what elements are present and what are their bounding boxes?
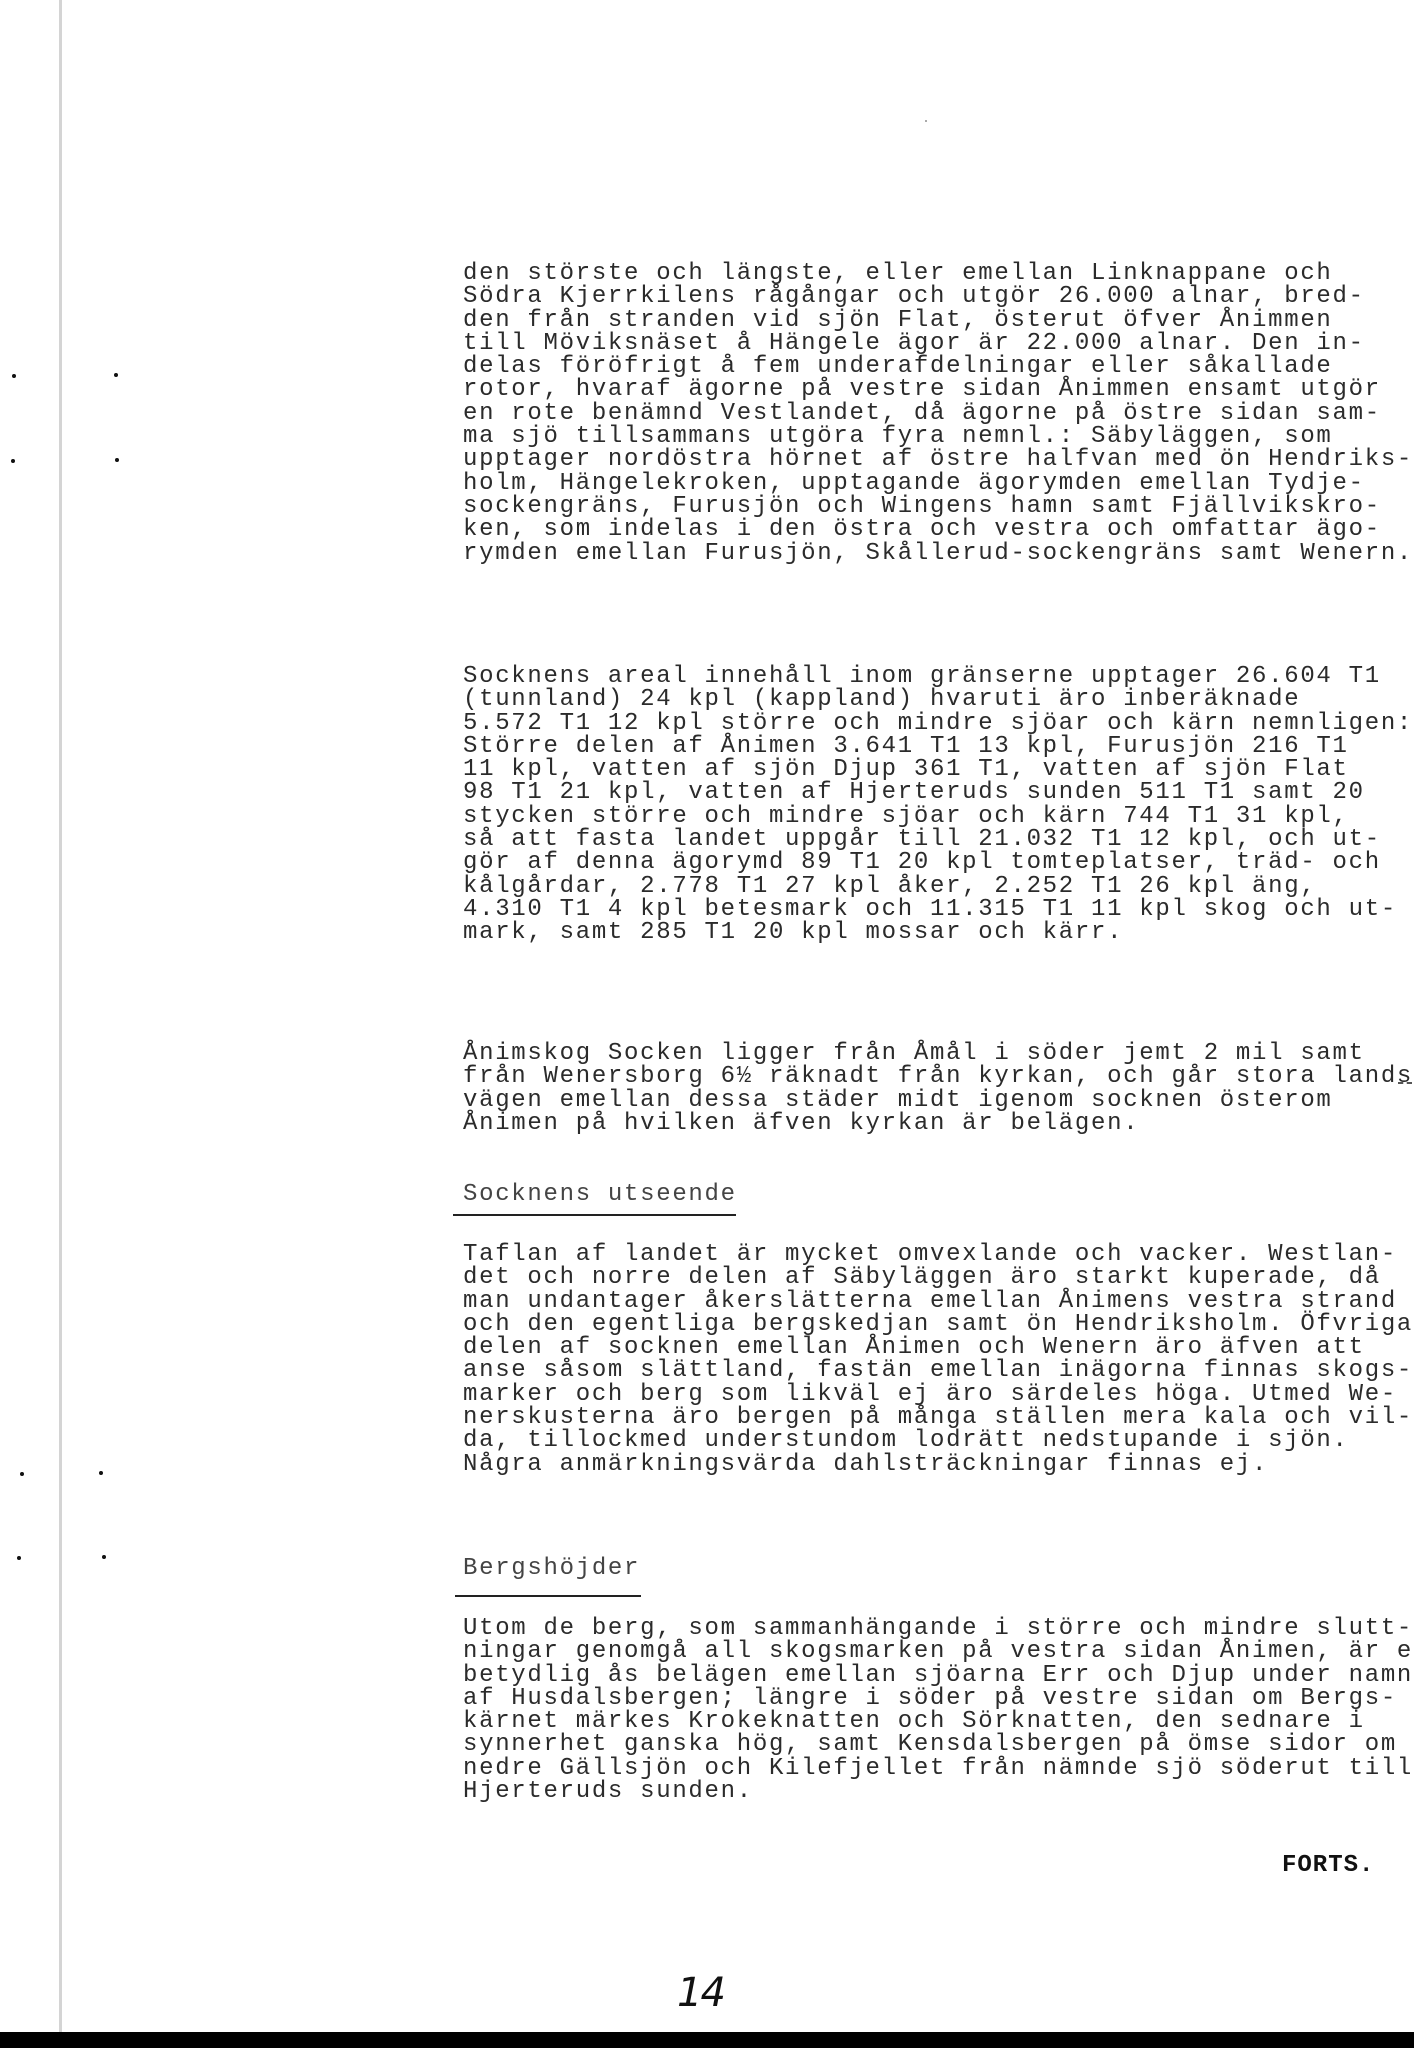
text-line: synnerhet ganska hög, samt Kensdalsberge…	[463, 1733, 1414, 1756]
text-line: sockengräns, Furusjön och Wingens hamn s…	[463, 495, 1414, 518]
text-line: mark, samt 285 T1 20 kpl mossar och kärr…	[463, 921, 1414, 944]
punch-hole-mark	[115, 458, 119, 462]
text-line: den från stranden vid sjön Flat, österut…	[463, 309, 1414, 332]
text-line: Taflan af landet är mycket omvexlande oc…	[463, 1243, 1414, 1266]
text-line: Större delen af Ånimen 3.641 T1 13 kpl, …	[463, 735, 1414, 758]
text-line: Ånimskog Socken ligger från Åmål i söder…	[463, 1042, 1414, 1065]
text-line: 5.572 T1 12 kpl större och mindre sjöar …	[463, 712, 1414, 735]
text-line: kärnet märkes Krokeknatten och Sörknatte…	[463, 1710, 1414, 1733]
punch-hole-mark	[114, 373, 118, 377]
punch-hole-mark	[11, 459, 15, 463]
text-line: Södra Kjerrkilens rågångar och utgör 26.…	[463, 285, 1414, 308]
text-line: betydlig ås belägen emellan sjöarna Err …	[463, 1664, 1414, 1687]
binding-edge-line	[59, 0, 62, 2032]
margin-dash-mark	[1398, 1082, 1412, 1086]
text-line: från Wenersborg 6½ räknadt från kyrkan, …	[463, 1065, 1414, 1088]
text-line: man undantager åkerslätterna emellan Åni…	[463, 1290, 1414, 1313]
punch-hole-mark	[102, 1555, 106, 1559]
text-line: af Husdalsbergen; längre i söder på vest…	[463, 1687, 1414, 1710]
paragraph-subdivisions: den störste och längste, eller emellan L…	[463, 262, 1414, 565]
text-line: rotor, hvaraf ägorne på vestre sidan Åni…	[463, 378, 1414, 401]
paragraph-appearance: Taflan af landet är mycket omvexlande oc…	[463, 1243, 1414, 1476]
heading-underline	[455, 1595, 641, 1597]
text-line: delas föröfrigt å fem underafdelningar e…	[463, 355, 1414, 378]
text-line: Socknens areal innehåll inom gränserne u…	[463, 665, 1414, 688]
text-line: och den egentliga bergskedjan samt ön He…	[463, 1313, 1414, 1336]
text-line: upptager nordöstra hörnet af östre halfv…	[463, 448, 1414, 471]
text-line: gör af denna ägorymd 89 T1 20 kpl tomtep…	[463, 851, 1414, 874]
scan-speck	[925, 120, 927, 122]
text-line: holm, Hängelekroken, upptagande ägorymde…	[463, 472, 1414, 495]
text-line: (tunnland) 24 kpl (kappland) hvaruti äro…	[463, 688, 1414, 711]
text-line: ma sjö tillsammans utgöra fyra nemnl.: S…	[463, 425, 1414, 448]
heading-underline	[453, 1214, 736, 1216]
text-line: Utom de berg, som sammanhängande i störr…	[463, 1617, 1414, 1640]
punch-hole-mark	[20, 1472, 24, 1476]
punch-hole-mark	[99, 1471, 103, 1475]
text-line: da, tillockmed understundom lodrätt neds…	[463, 1429, 1414, 1452]
text-line: ken, som indelas i den östra och vestra …	[463, 518, 1414, 541]
section-heading-appearance: Socknens utseende	[463, 1183, 737, 1207]
paragraph-area: Socknens areal innehåll inom gränserne u…	[463, 665, 1414, 945]
text-line: marker och berg som likväl ej äro särdel…	[463, 1383, 1414, 1406]
punch-hole-mark	[12, 374, 16, 378]
text-line: anse såsom slättland, fastän emellan inä…	[463, 1359, 1414, 1382]
text-line: till Möviksnäset å Hängele ägor är 22.00…	[463, 332, 1414, 355]
text-line: rymden emellan Furusjön, Skållerud-socke…	[463, 542, 1414, 565]
text-line: nedre Gällsjön och Kilefjellet från nämn…	[463, 1757, 1414, 1780]
text-line: 11 kpl, vatten af sjön Djup 361 T1, vatt…	[463, 758, 1414, 781]
paragraph-mountains: Utom de berg, som sammanhängande i störr…	[463, 1617, 1414, 1803]
text-line: Några anmärkningsvärda dahlsträckningar …	[463, 1453, 1414, 1476]
text-line: stycken större och mindre sjöar och kärn…	[463, 805, 1414, 828]
text-line: vägen emellan dessa städer midt igenom s…	[463, 1089, 1414, 1112]
text-line: en rote benämnd Vestlandet, då ägorne på…	[463, 402, 1414, 425]
text-line: den störste och längste, eller emellan L…	[463, 262, 1414, 285]
text-line: det och norre delen af Säbyläggen äro st…	[463, 1266, 1414, 1289]
text-line: 98 T1 21 kpl, vatten af Hjerteruds sunde…	[463, 781, 1414, 804]
text-line: delen af socknen emellan Ånimen och Wene…	[463, 1336, 1414, 1359]
continuation-mark: FORTS.	[1282, 1852, 1374, 1879]
paragraph-location: Ånimskog Socken ligger från Åmål i söder…	[463, 1042, 1414, 1135]
section-heading-mountains: Bergshöjder	[463, 1557, 640, 1581]
text-line: 4.310 T1 4 kpl betesmark och 11.315 T1 1…	[463, 898, 1414, 921]
scan-bottom-edge	[0, 2032, 1414, 2048]
text-line: Ånimen på hvilken äfven kyrkan är beläge…	[463, 1112, 1414, 1135]
text-line: kålgårdar, 2.778 T1 27 kpl åker, 2.252 T…	[463, 875, 1414, 898]
text-line: nerskusterna äro bergen på många ställen…	[463, 1406, 1414, 1429]
page-number: 14	[677, 1970, 724, 2016]
text-line: Hjerteruds sunden.	[463, 1780, 1414, 1803]
text-line: så att fasta landet uppgår till 21.032 T…	[463, 828, 1414, 851]
punch-hole-mark	[17, 1556, 21, 1560]
text-line: ningar genomgå all skogsmarken på vestra…	[463, 1640, 1414, 1663]
